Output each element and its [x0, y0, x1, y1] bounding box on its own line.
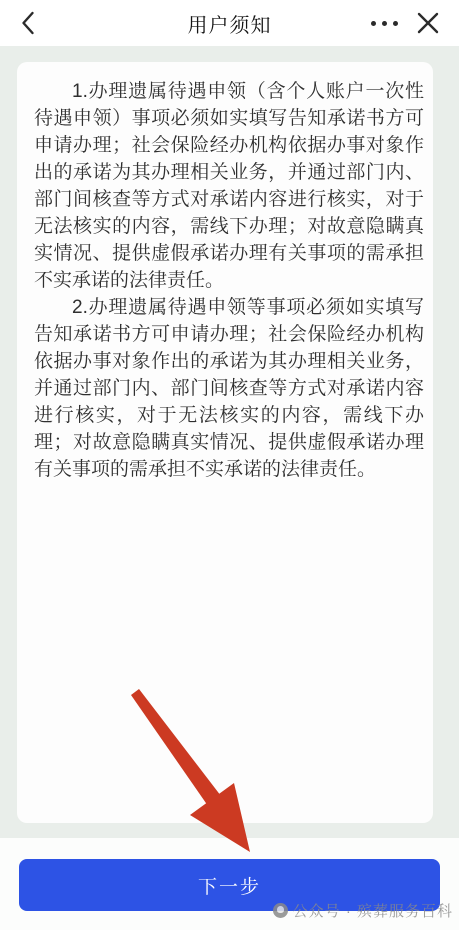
watermark: 公众号 · 殡葬服务百科	[273, 898, 453, 922]
close-button[interactable]	[411, 8, 445, 38]
close-icon	[416, 11, 440, 35]
watermark-text: 公众号 · 殡葬服务百科	[293, 900, 453, 921]
notice-paragraph-1: 1.办理遗属待遇申领（含个人账户一次性待遇申领）事项必须如实填写告知承诺书方可申…	[34, 78, 424, 294]
notice-card[interactable]: 1.办理遗属待遇申领（含个人账户一次性待遇申领）事项必须如实填写告知承诺书方可申…	[17, 62, 433, 823]
more-menu-button[interactable]	[363, 8, 405, 38]
ellipsis-icon	[371, 21, 398, 26]
notice-paragraph-2: 2.办理遗属待遇申领等事项必须如实填写告知承诺书方可申请办理；社会保险经办机构依…	[34, 294, 424, 483]
wechat-official-account-icon	[273, 903, 288, 918]
nav-bar: 用户须知	[0, 0, 459, 46]
